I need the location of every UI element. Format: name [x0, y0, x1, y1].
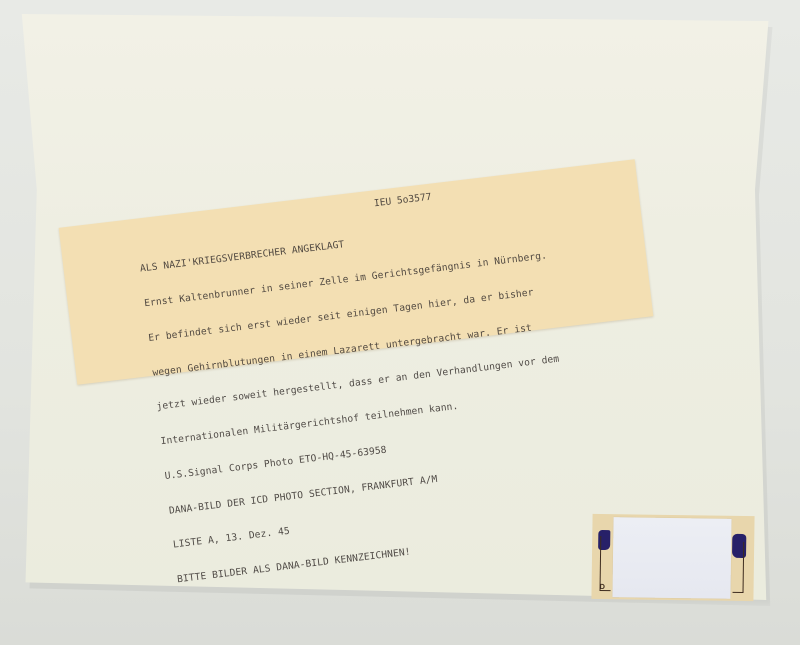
- caption-headline: ALS NAZI'KRIEGSVERBRECHER ANGEKLAGT: [140, 205, 632, 275]
- cover-sticker: [612, 517, 731, 599]
- caption-line: Er befindet sich erst wieder seit einige…: [148, 274, 640, 344]
- caption-line: wegen Gehirnblutungen in einem Lazarett …: [152, 309, 644, 379]
- caption-line: Ernst Kaltenbrunner in seiner Zelle im G…: [144, 240, 636, 310]
- stamp-text: D: [600, 582, 606, 591]
- list-date: LISTE A, 13. Dez. 45: [172, 482, 664, 552]
- caption-line: jetzt wieder soweit hergestellt, dass er…: [156, 343, 648, 413]
- stamp-frame-right: [733, 542, 745, 593]
- caption-line: Internationalen Militärgerichtshof teiln…: [160, 378, 652, 448]
- caption-text: ALS NAZI'KRIEGSVERBRECHER ANGEKLAGT Erns…: [137, 182, 671, 609]
- photo-credit: U.S.Signal Corps Photo ETO-HQ-45-63958: [164, 412, 656, 482]
- agency-credit: DANA-BILD DER ICD PHOTO SECTION, FRANKFU…: [168, 447, 660, 517]
- agency-stamp: D: [591, 514, 754, 601]
